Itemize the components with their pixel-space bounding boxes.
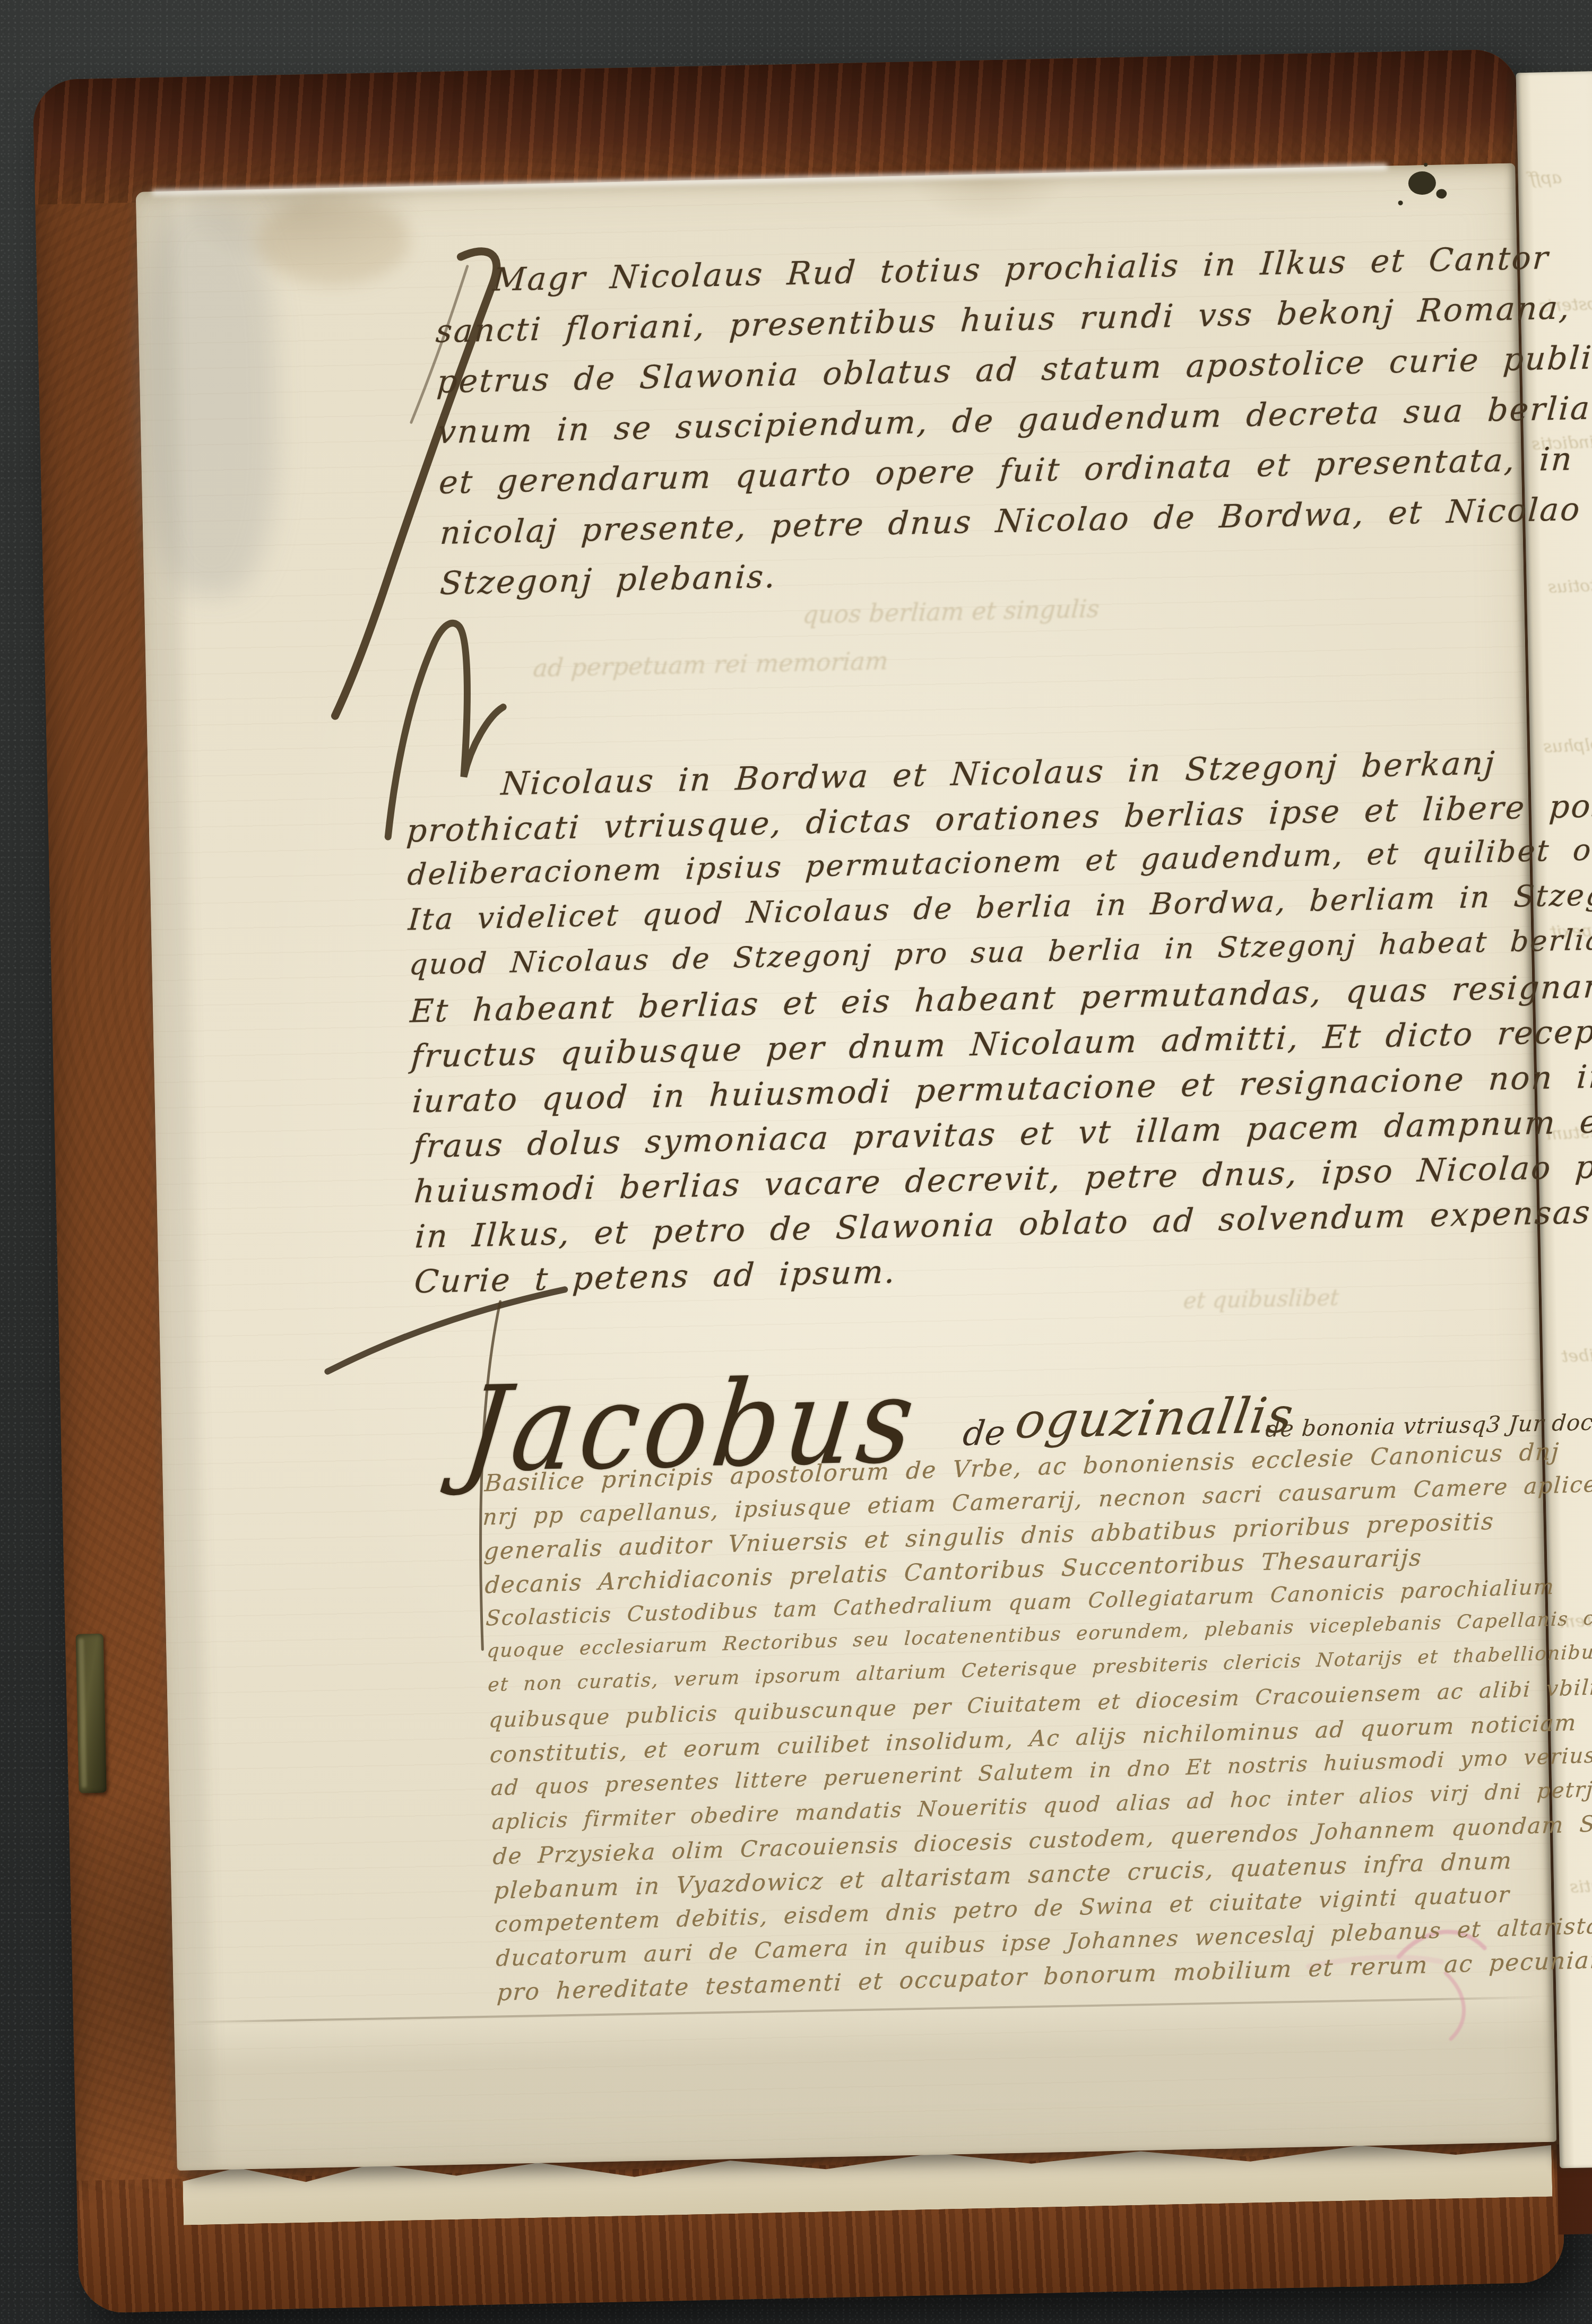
manuscript-book: apff psteris indictis Et totius gandolph… xyxy=(32,48,1592,2313)
show-through-text: ad perpetuam rei memoriam xyxy=(532,648,889,680)
photo-backdrop-felt: apff psteris indictis Et totius gandolph… xyxy=(0,0,1592,2324)
show-through-text: et quibuslibet xyxy=(1183,1287,1340,1312)
show-through-layer: quos berliam et singulis ad perpetuam re… xyxy=(32,48,1592,2313)
show-through-text: quos berliam et singulis xyxy=(802,596,1100,627)
